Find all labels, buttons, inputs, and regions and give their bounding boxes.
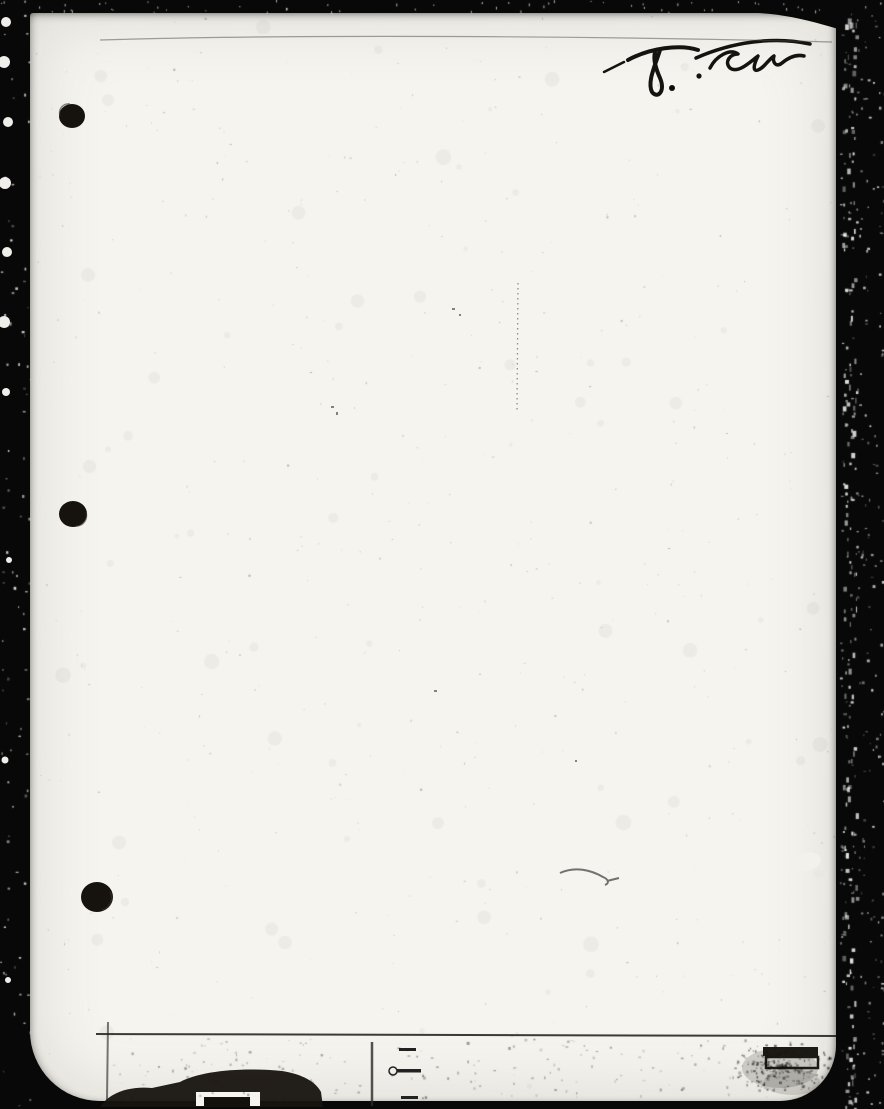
handwritten-signature — [598, 16, 818, 98]
scanned-report-cover-page: 600/3-78-008 1978 ANALYSIS OF THE NORTH … — [0, 0, 884, 1109]
binding-glints — [0, 17, 13, 983]
paper-sheet — [30, 13, 836, 1101]
